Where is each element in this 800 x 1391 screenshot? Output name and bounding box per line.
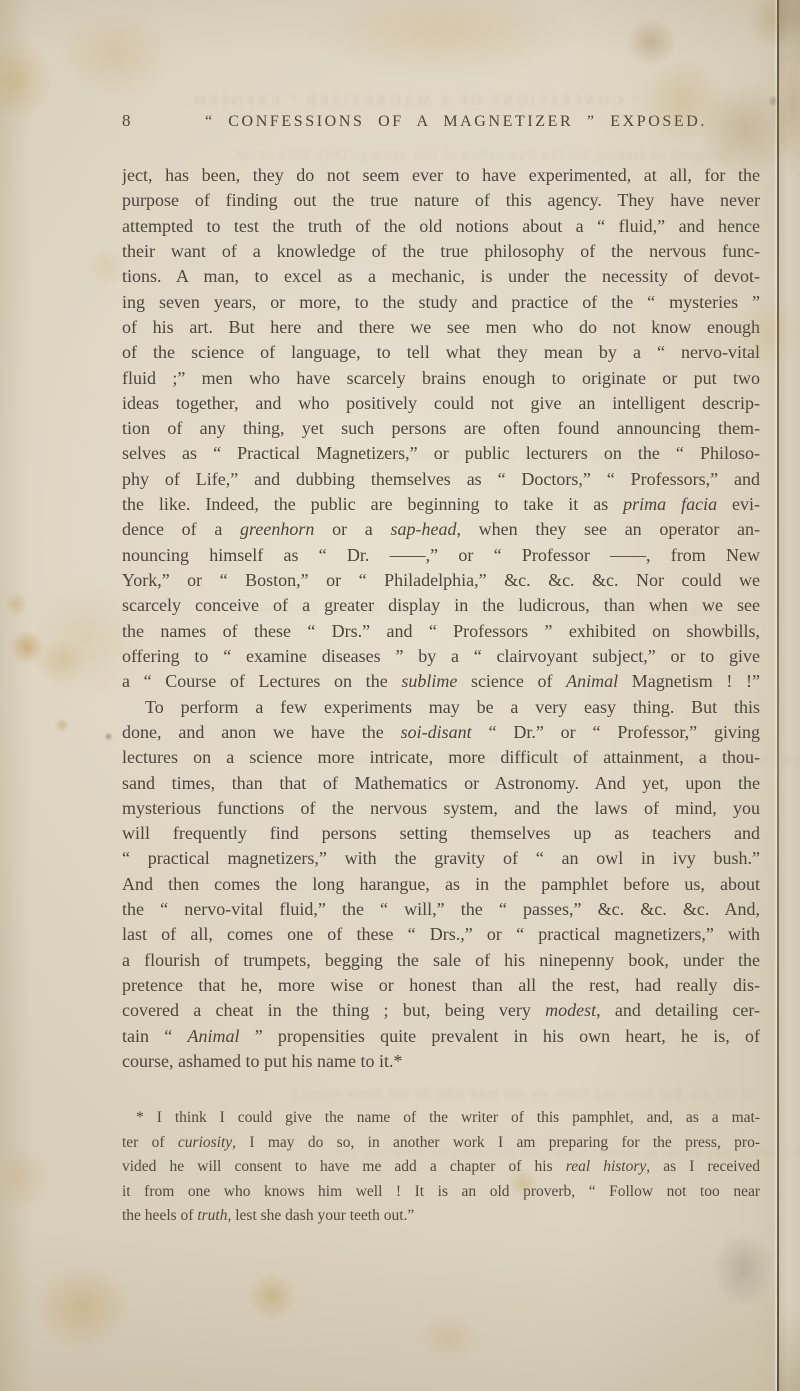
body-line: lectures on a science more intricate, mo…: [122, 745, 760, 770]
body-line: sand times, than that of Mathematics or …: [122, 771, 760, 796]
body-line: last of all, comes one of these “ Drs.,”…: [122, 922, 760, 947]
footnote-line: vided he will consent to have me add a c…: [122, 1155, 760, 1180]
body-line: scarcely conceive of a greater display i…: [122, 593, 760, 618]
foxing-stain: [10, 630, 44, 664]
foxing-stain: [712, 1232, 774, 1307]
body-line: ject, has been, they do not seem ever to…: [122, 163, 760, 188]
body-line: of his art. But here and there we see me…: [122, 315, 760, 340]
body-line: To perform a few experiments may be a ve…: [122, 695, 760, 720]
page-edge-line: [777, 0, 779, 1391]
foxing-stain: [248, 1272, 296, 1320]
body-line: ideas together, and who positively could…: [122, 391, 760, 416]
body-line: of the science of language, to tell what…: [122, 340, 760, 365]
footnote-line: the heels of truth, lest she dash your t…: [122, 1204, 760, 1229]
foxing-stain: [58, 12, 173, 97]
foxing-stain: [300, 0, 580, 80]
body-line: their want of a knowledge of the true ph…: [122, 239, 760, 264]
body-line: a flourish of trumpets, begging the sale…: [122, 948, 760, 973]
book-page-scan: 8 “ CONFESSIONS OF A MAGNETIZER ” EXPOSE…: [0, 0, 800, 1391]
foxing-stain: [0, 38, 53, 123]
body-text: ject, has been, they do not seem ever to…: [122, 163, 760, 1074]
body-line: fluid ;” men who have scarcely brains en…: [122, 366, 760, 391]
footnote-line: it from one who knows him well ! It is a…: [122, 1180, 760, 1205]
body-line: pretence that he, more wise or honest th…: [122, 973, 760, 998]
body-line: covered a cheat in the thing ; but, bein…: [122, 998, 760, 1023]
body-line: nouncing himself as “ Dr. ——,” or “ Prof…: [122, 543, 760, 568]
foxing-stain: [625, 18, 677, 66]
foxing-stain: [35, 1265, 130, 1350]
foxing-stain: [35, 638, 87, 684]
adjacent-page-edge: [779, 0, 800, 1391]
body-line: course, ashamed to put his name to it.*: [122, 1049, 760, 1074]
body-line: York,” or “ Boston,” or “ Philadelphia,”…: [122, 568, 760, 593]
body-line: mysterious functions of the nervous syst…: [122, 796, 760, 821]
body-line: tions. A man, to excel as a mechanic, is…: [122, 264, 760, 289]
body-line: tain “ Animal ” propensities quite preva…: [122, 1024, 760, 1049]
show-through-ghost: purpose of finding out the true nature o…: [235, 147, 723, 164]
footnote-line: ter of curiosity, I may do so, in anothe…: [122, 1131, 760, 1156]
foxing-stain: [5, 592, 27, 616]
body-line: attempted to test the truth of the old n…: [122, 214, 760, 239]
body-line: the names of these “ Drs.” and “ Profess…: [122, 619, 760, 644]
foxing-stain: [104, 732, 113, 741]
body-line: phy of Life,” and dubbing themselves as …: [122, 467, 760, 492]
foxing-stain: [55, 718, 69, 732]
foxing-stain: [418, 1315, 480, 1360]
body-line: purpose of finding out the true nature o…: [122, 188, 760, 213]
body-line: ing seven years, or more, to the study a…: [122, 290, 760, 315]
body-line: a “ Course of Lectures on the sublime sc…: [122, 669, 760, 694]
body-line: tion of any thing, yet such persons are …: [122, 416, 760, 441]
body-line: And then comes the long harangue, as in …: [122, 872, 760, 897]
running-head: 8 “ CONFESSIONS OF A MAGNETIZER ” EXPOSE…: [122, 111, 760, 135]
body-line: done, and anon we have the soi-disant “ …: [122, 720, 760, 745]
footnote: * I think I could give the name of the w…: [122, 1106, 760, 1229]
body-line: the like. Indeed, the public are beginni…: [122, 492, 760, 517]
body-line: “ practical magnetizers,” with the gravi…: [122, 846, 760, 871]
body-line: offering to “ examine diseases ” by a “ …: [122, 644, 760, 669]
body-line: the “ nervo-vital fluid,” the “ will,” t…: [122, 897, 760, 922]
page-edge-highlight: [774, 0, 777, 1391]
show-through-ghost: “ CONFESSIONS OF A MAGNETIZER ” EXPOSED.: [185, 93, 639, 110]
footnote-line: * I think I could give the name of the w…: [122, 1106, 760, 1131]
body-line: will frequently find persons setting the…: [122, 821, 760, 846]
page-number: 8: [122, 111, 192, 131]
body-line: dence of a greenhorn or a sap-head, when…: [122, 517, 760, 542]
running-title: “ CONFESSIONS OF A MAGNETIZER ” EXPOSED.: [192, 113, 720, 131]
foxing-stain: [85, 245, 127, 287]
foxing-stain: [0, 1145, 50, 1210]
body-line: selves as “ Practical Magnetizers,” or p…: [122, 441, 760, 466]
show-through-ghost: of his art. But here and there we see me…: [290, 1086, 755, 1103]
